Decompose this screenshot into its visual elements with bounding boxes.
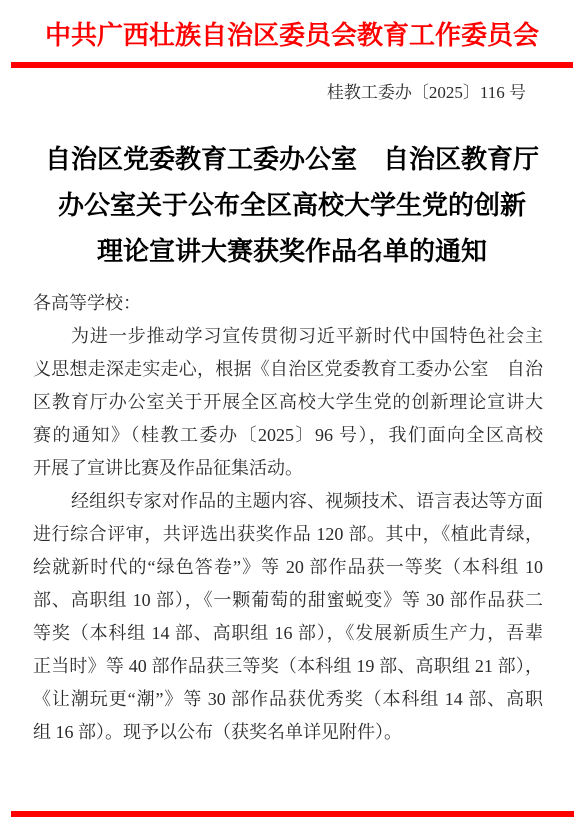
salutation: 各高等学校： (33, 287, 543, 320)
body-text-line: 赛的通知》（桂教工委办〔2025〕96 号），我们面向全区高校 (33, 419, 543, 452)
body-text-line: 为进一步推动学习宣传贯彻习近平新时代中国特色社会主 (33, 320, 543, 353)
body-text-line: 开展了宣讲比赛及作品征集活动。 (33, 452, 543, 485)
body-text-line: 等奖（本科组 14 部、高职组 16 部），《发展新质生产力，吾辈 (33, 617, 543, 650)
body-text-line: 组 16 部）。现予以公布（获奖名单详见附件）。 (33, 716, 543, 749)
document-body: 各高等学校： 为进一步推动学习宣传贯彻习近平新时代中国特色社会主义思想走深走实走… (33, 287, 543, 749)
document-title-line: 办公室关于公布全区高校大学生党的创新 (0, 183, 584, 229)
body-text-line: 绘就新时代的“绿色答卷”》等 20 部作品获一等奖（本科组 10 (33, 551, 543, 584)
body-text-line: 区教育厅办公室关于开展全区高校大学生党的创新理论宣讲大 (33, 386, 543, 419)
doc-number: 桂教工委办〔2025〕116 号 (0, 82, 584, 104)
body-text-line: 《让潮玩更“潮”》等 30 部作品获优秀奖（本科组 14 部、高职 (33, 683, 543, 716)
notice-document: 中共广西壮族自治区委员会教育工作委员会 桂教工委办〔2025〕116 号 自治区… (0, 0, 584, 825)
document-title-line: 自治区党委教育工委办公室 自治区教育厅 (0, 137, 584, 183)
body-text-line: 义思想走深走实走心，根据《自治区党委教育工委办公室 自治 (33, 353, 543, 386)
header-red-rule (11, 62, 573, 68)
footer-red-rule (11, 811, 574, 817)
header-org-title: 中共广西壮族自治区委员会教育工作委员会 (0, 0, 584, 51)
body-text-line: 部、高职组 10 部），《一颗葡萄的甜蜜蜕变》等 30 部作品获二 (33, 584, 543, 617)
document-title-line: 理论宣讲大赛获奖作品名单的通知 (0, 229, 584, 275)
body-text-line: 正当时》等 40 部作品获三等奖（本科组 19 部、高职组 21 部）， (33, 650, 543, 683)
body-paragraphs: 为进一步推动学习宣传贯彻习近平新时代中国特色社会主义思想走深走实走心，根据《自治… (33, 320, 543, 749)
body-text-line: 进行综合评审，共评选出获奖作品 120 部。其中，《植此青绿， (33, 518, 543, 551)
document-title: 自治区党委教育工委办公室 自治区教育厅 办公室关于公布全区高校大学生党的创新 理… (0, 137, 584, 275)
body-text-line: 经组织专家对作品的主题内容、视频技术、语言表达等方面 (33, 485, 543, 518)
